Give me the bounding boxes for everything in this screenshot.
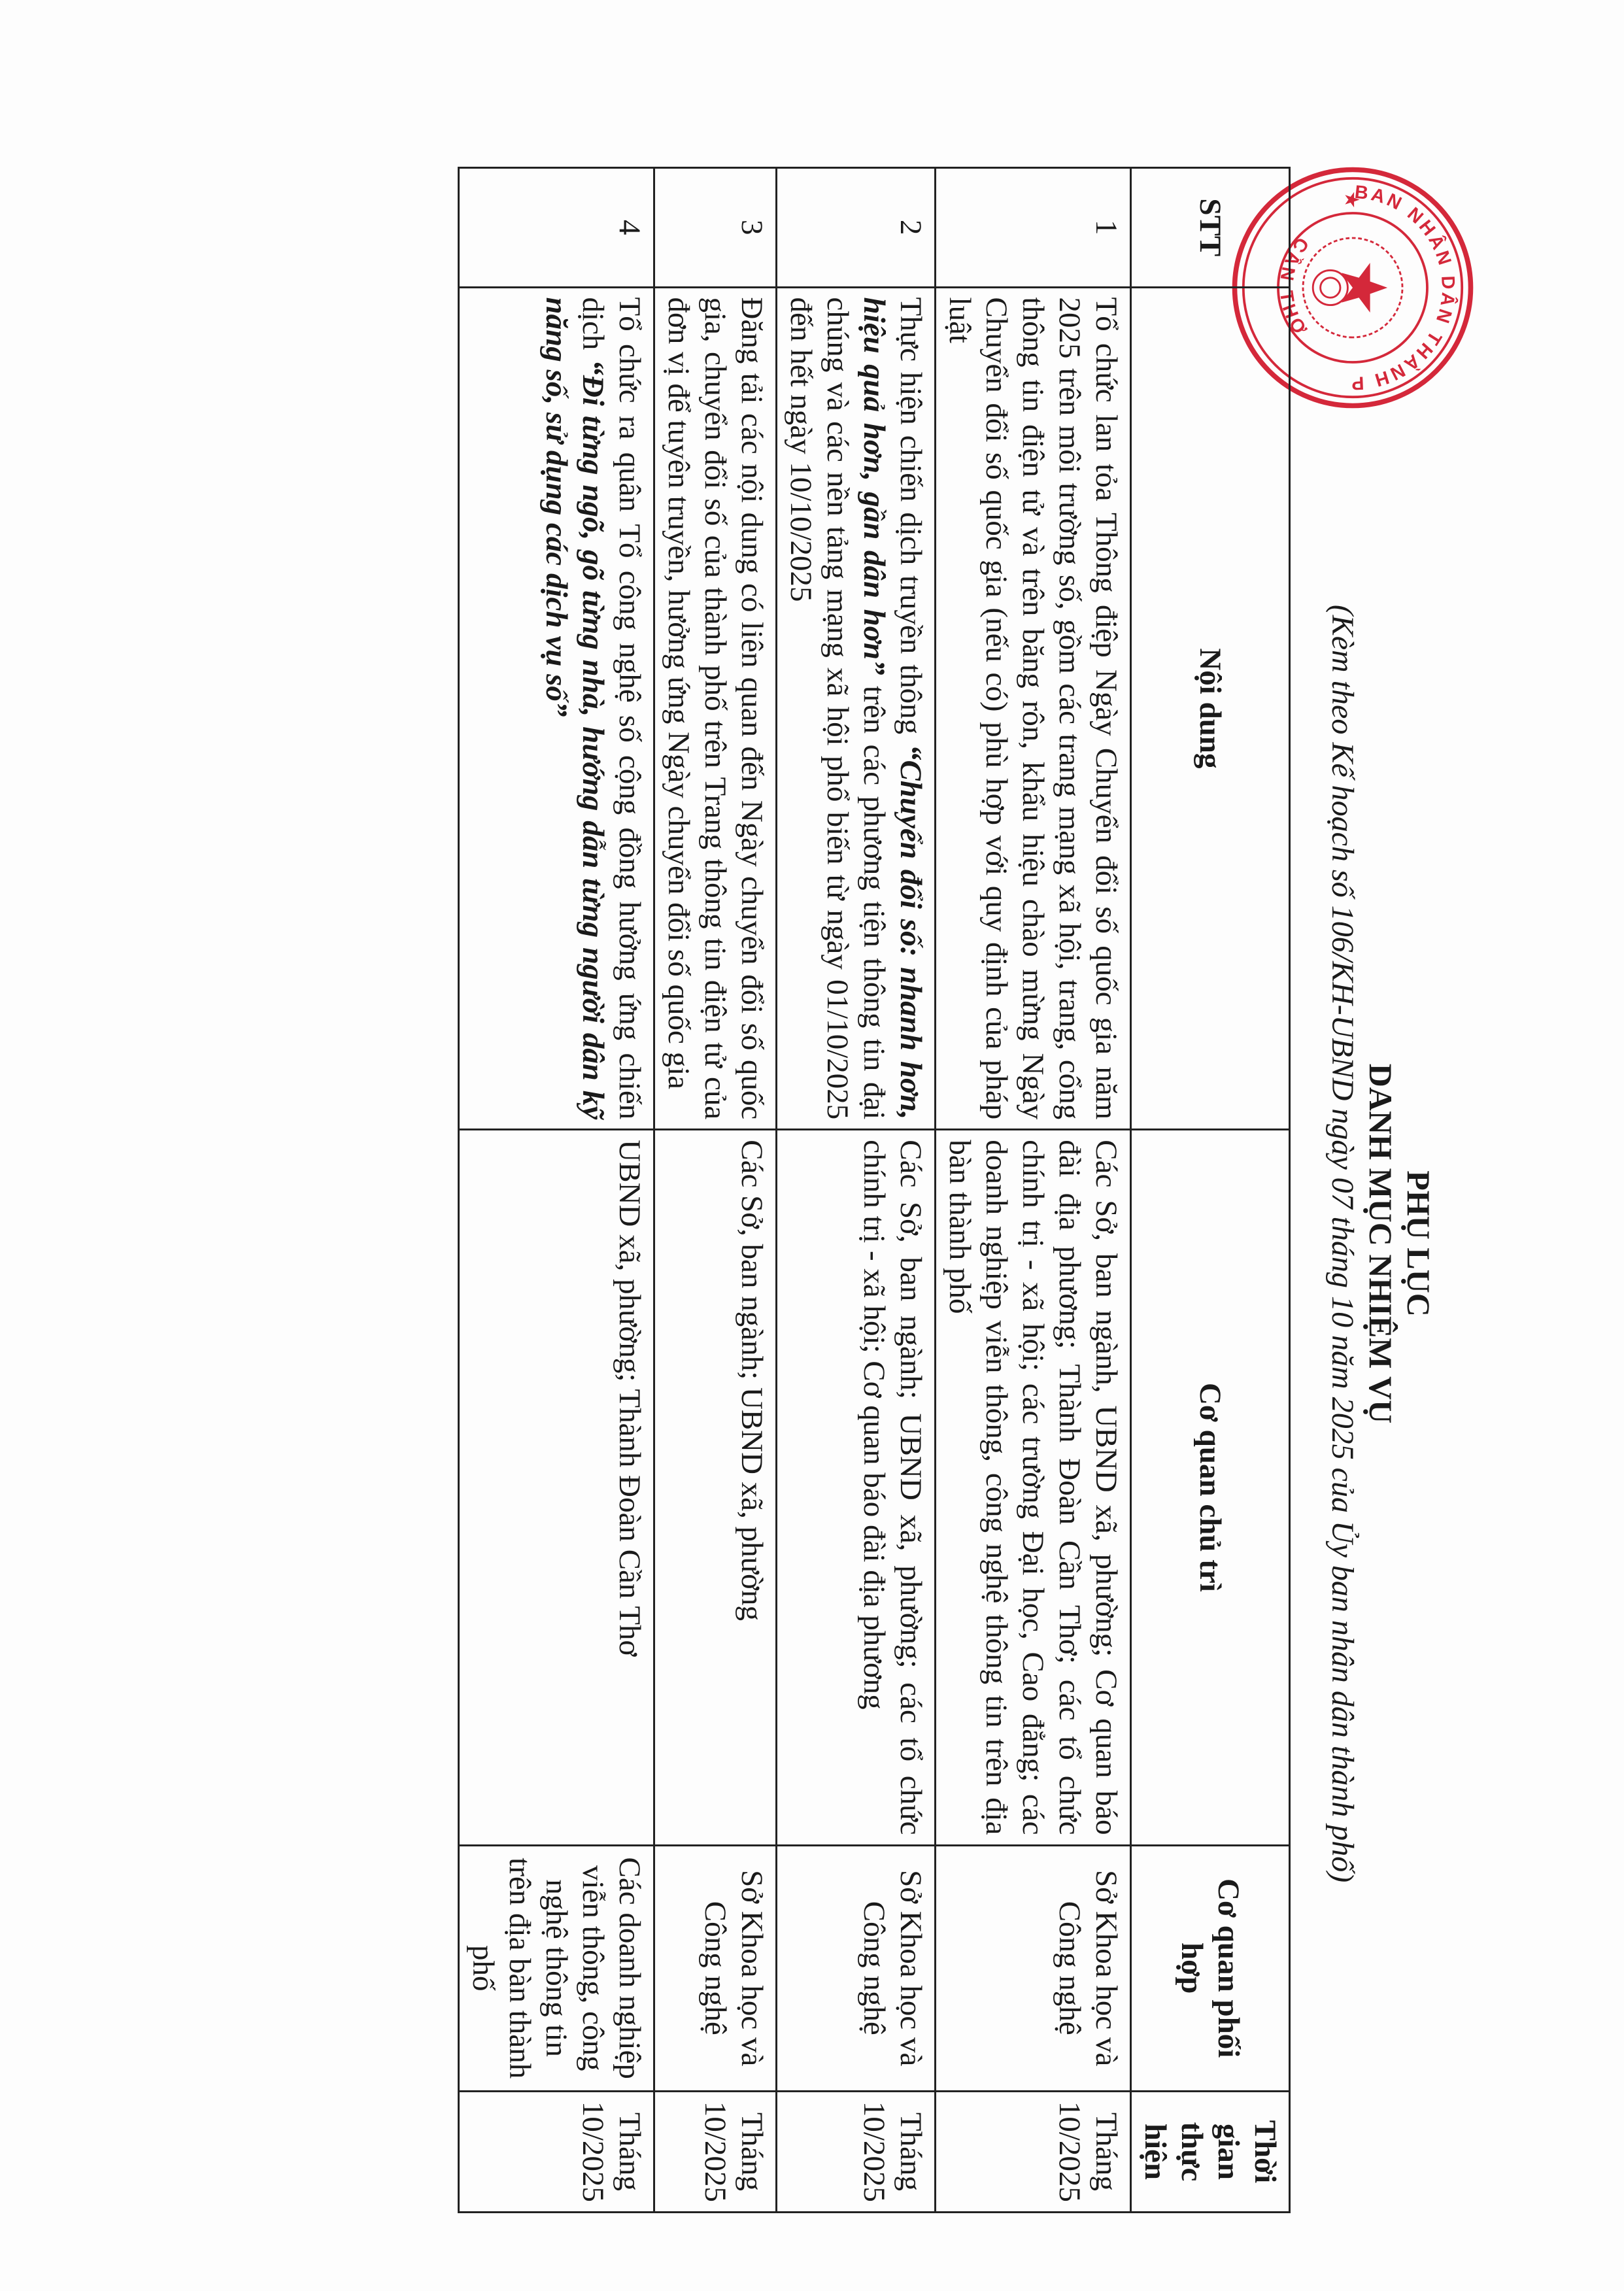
row-lead-agency: Các Sở, ban ngành, UBND xã, phường; Cơ q… (936, 1130, 1131, 1845)
row-coop-agency: Các doanh nghiệp viễn thông, công nghệ t… (459, 1845, 654, 2091)
row-coop-agency: Sở Khoa học và Công nghệ (654, 1845, 777, 2091)
document-header: PHỤ LỤC DANH MỤC NHIỆM VỤ (Kèm theo Kế h… (1323, 0, 1438, 2291)
appendix-title: PHỤ LỤC (1400, 196, 1438, 2291)
table-row: 1 Tổ chức lan tỏa Thông điệp Ngày Chuyển… (936, 168, 1131, 2213)
row-stt: 1 (936, 168, 1131, 288)
row-stt: 4 (459, 168, 654, 288)
task-table: STT Nội dung Cơ quan chủ trì Cơ quan phố… (458, 167, 1291, 2213)
row-content: Tổ chức lan tỏa Thông điệp Ngày Chuyển đ… (936, 287, 1131, 1130)
row-time: Tháng 10/2025 (777, 2091, 936, 2212)
row-lead-agency: Các Sở, ban ngành; UBND xã, phường (654, 1130, 777, 1845)
table-header-row: STT Nội dung Cơ quan chủ trì Cơ quan phố… (1131, 168, 1290, 2213)
row-coop-agency: Sở Khoa học và Công nghệ (777, 1845, 936, 2091)
table-row: 3 Đăng tải các nội dung có liên quan đến… (654, 168, 777, 2213)
row-content: Thực hiện chiến dịch truyền thông “Chuyể… (777, 287, 936, 1130)
task-list-title: DANH MỤC NHIỆM VỤ (1362, 196, 1400, 2291)
header-time: Thời gian thực hiện (1131, 2091, 1290, 2212)
row-time: Tháng 10/2025 (654, 2091, 777, 2212)
header-coop-agency: Cơ quan phối hợp (1131, 1845, 1290, 2091)
row-lead-agency: Các Sở, ban ngành; UBND xã, phường; các … (777, 1130, 936, 1845)
row-stt: 3 (654, 168, 777, 288)
document-page: ỦY BAN NHÂN DÂN THÀNH PHỐ CẦN THƠ ★ PHỤ … (0, 0, 1624, 2291)
document-subtitle: (Kèm theo Kế hoạch số 106/KH-UBND ngày 0… (1323, 196, 1362, 2291)
header-stt: STT (1131, 168, 1290, 288)
row-stt: 2 (777, 168, 936, 288)
table-row: 4 Tổ chức ra quân Tổ công nghệ số cộng đ… (459, 168, 654, 2213)
row-content: Đăng tải các nội dung có liên quan đến N… (654, 287, 777, 1130)
header-content: Nội dung (1131, 287, 1290, 1130)
table-row: 2 Thực hiện chiến dịch truyền thông “Chu… (777, 168, 936, 2213)
row-time: Tháng 10/2025 (936, 2091, 1131, 2212)
row-lead-agency: UBND xã, phường; Thành Đoàn Cần Thơ (459, 1130, 654, 1845)
row-coop-agency: Sở Khoa học và Công nghệ (936, 1845, 1131, 2091)
row-content: Tổ chức ra quân Tổ công nghệ số cộng đồn… (459, 287, 654, 1130)
row-time: Tháng 10/2025 (459, 2091, 654, 2212)
header-lead-agency: Cơ quan chủ trì (1131, 1130, 1290, 1845)
